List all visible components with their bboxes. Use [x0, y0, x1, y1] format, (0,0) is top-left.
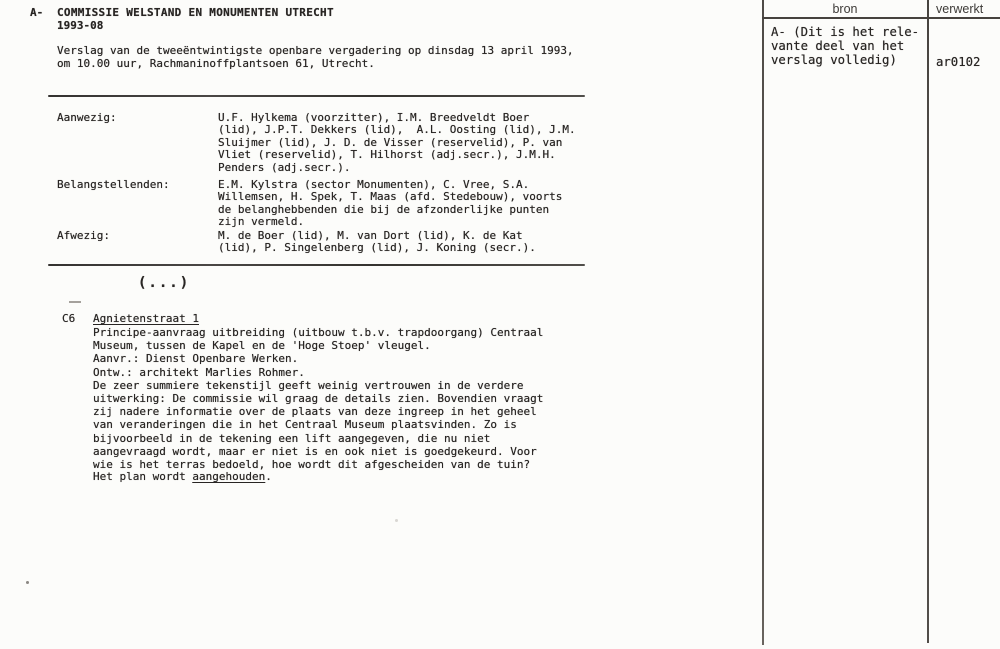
agenda-item-heading: Agnietenstraat 1: [93, 313, 199, 325]
margin-table-left-border: [762, 0, 764, 645]
attendance-value-belangstellenden: E.M. Kylstra (sector Monumenten), C. Vre…: [218, 179, 562, 229]
attendance-label-belangstellenden: Belangstellenden:: [57, 179, 170, 191]
attendance-value-afwezig: M. de Boer (lid), M. van Dort (lid), K. …: [218, 230, 536, 255]
meeting-intro: Verslag van de tweeëntwintigste openbare…: [57, 44, 574, 70]
attendance-value-aanwezig: U.F. Hylkema (voorzitter), I.M. Breedvel…: [218, 112, 576, 174]
document-title: COMMISSIE WELSTAND EN MONUMENTEN UTRECHT: [57, 7, 334, 19]
divider-top: [48, 95, 585, 97]
decision-suffix: .: [265, 470, 272, 483]
bron-cell-note: A- (Dit is het rele- vante deel van het …: [771, 25, 919, 67]
omission-ellipsis: (...): [138, 277, 190, 289]
divider-bottom: [48, 264, 585, 266]
document-number: 1993-08: [57, 20, 103, 32]
column-header-bron: bron: [764, 2, 926, 16]
margin-table-column-divider: [927, 0, 929, 643]
agenda-item-number: C6: [62, 313, 75, 325]
agenda-item-body: Principe-aanvraag uitbreiding (uitbouw t…: [93, 326, 543, 471]
scan-artifact-dot: [26, 581, 29, 584]
decision-prefix: Het plan wordt: [93, 470, 192, 483]
column-header-verwerkt: verwerkt: [936, 2, 983, 16]
decision-word: aangehouden: [192, 470, 265, 483]
attendance-label-aanwezig: Aanwezig:: [57, 112, 117, 124]
verwerkt-cell-code: ar0102: [936, 56, 980, 68]
attendance-label-afwezig: Afwezig:: [57, 230, 110, 242]
margin-table-header-rule: [762, 17, 1000, 19]
scan-artifact-dot: [395, 519, 398, 522]
agenda-item-decision: Het plan wordt aangehouden.: [93, 471, 272, 483]
scan-artifact-dash: [69, 301, 81, 303]
marginalia-mark: A-: [30, 7, 43, 19]
scanned-document-page: A- COMMISSIE WELSTAND EN MONUMENTEN UTRE…: [0, 0, 1000, 649]
